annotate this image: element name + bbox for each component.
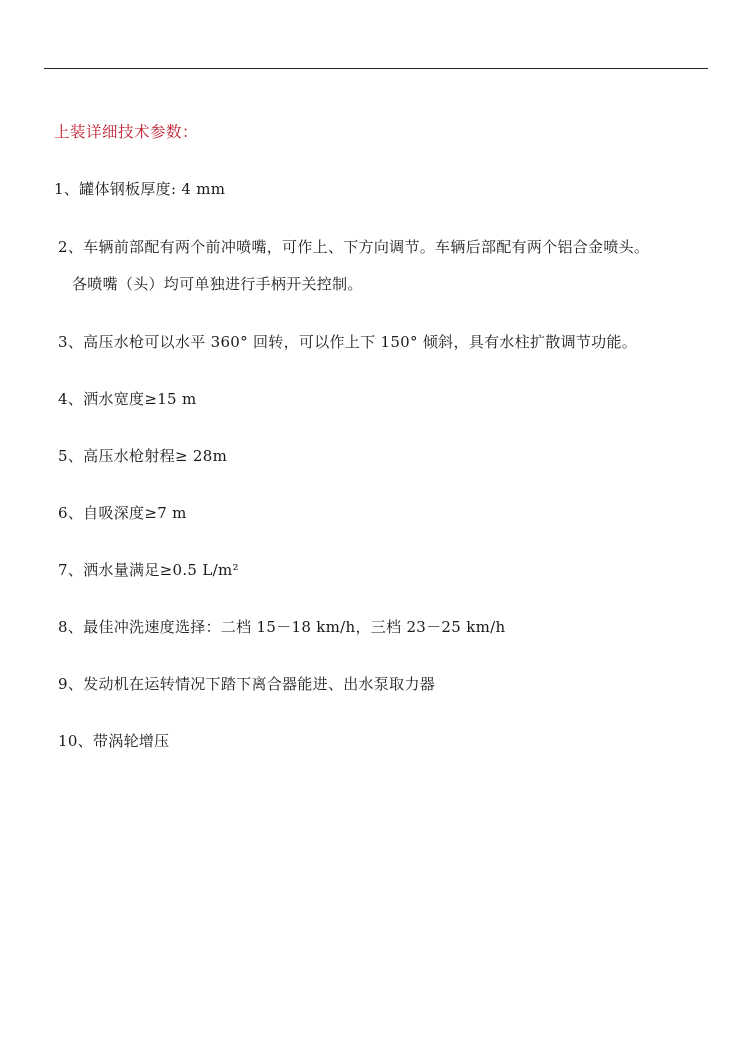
header-rule [44,68,708,69]
spec-item-9: 9、发动机在运转情况下踏下离合器能进、出水泵取力器 [58,673,435,694]
spec-item-7: 7、洒水量满足≥0.5 L/m² [58,559,239,580]
spec-item-text: 5、高压水枪射程≥ 28m [58,447,227,465]
spec-item-text: 2、车辆前部配有两个前冲喷嘴，可作上、下方向调节。车辆后部配有两个铝合金喷头。 [58,238,649,256]
spec-item-4: 4、洒水宽度≥15 m [58,388,197,409]
spec-item-6: 6、自吸深度≥7 m [58,502,187,523]
spec-item-2: 2、车辆前部配有两个前冲喷嘴，可作上、下方向调节。车辆后部配有两个铝合金喷头。 … [58,236,649,294]
spec-item-text: 7、洒水量满足≥0.5 L/m² [58,561,239,579]
spec-item-text: 3、高压水枪可以水平 360° 回转，可以作上下 150° 倾斜，具有水柱扩散调… [58,333,637,351]
spec-item-text: 9、发动机在运转情况下踏下离合器能进、出水泵取力器 [58,675,435,693]
spec-item-continuation: 各喷嘴（头）均可单独进行手柄开关控制。 [58,273,649,294]
spec-item-1: 1、罐体钢板厚度: 4 mm [54,178,225,199]
spec-item-text: 6、自吸深度≥7 m [58,504,187,522]
spec-item-text: 10、带涡轮增压 [58,732,170,750]
spec-item-10: 10、带涡轮增压 [58,730,170,751]
spec-item-text: 8、最佳冲洗速度选择：二档 15－18 km/h，三档 23－25 km/h [58,618,505,636]
spec-item-8: 8、最佳冲洗速度选择：二档 15－18 km/h，三档 23－25 km/h [58,616,505,637]
spec-item-text: 4、洒水宽度≥15 m [58,390,197,408]
spec-item-3: 3、高压水枪可以水平 360° 回转，可以作上下 150° 倾斜，具有水柱扩散调… [58,331,637,352]
section-heading: 上装详细技术参数： [54,120,198,142]
spec-item-text: 1、罐体钢板厚度: 4 mm [54,180,225,198]
spec-item-5: 5、高压水枪射程≥ 28m [58,445,227,466]
